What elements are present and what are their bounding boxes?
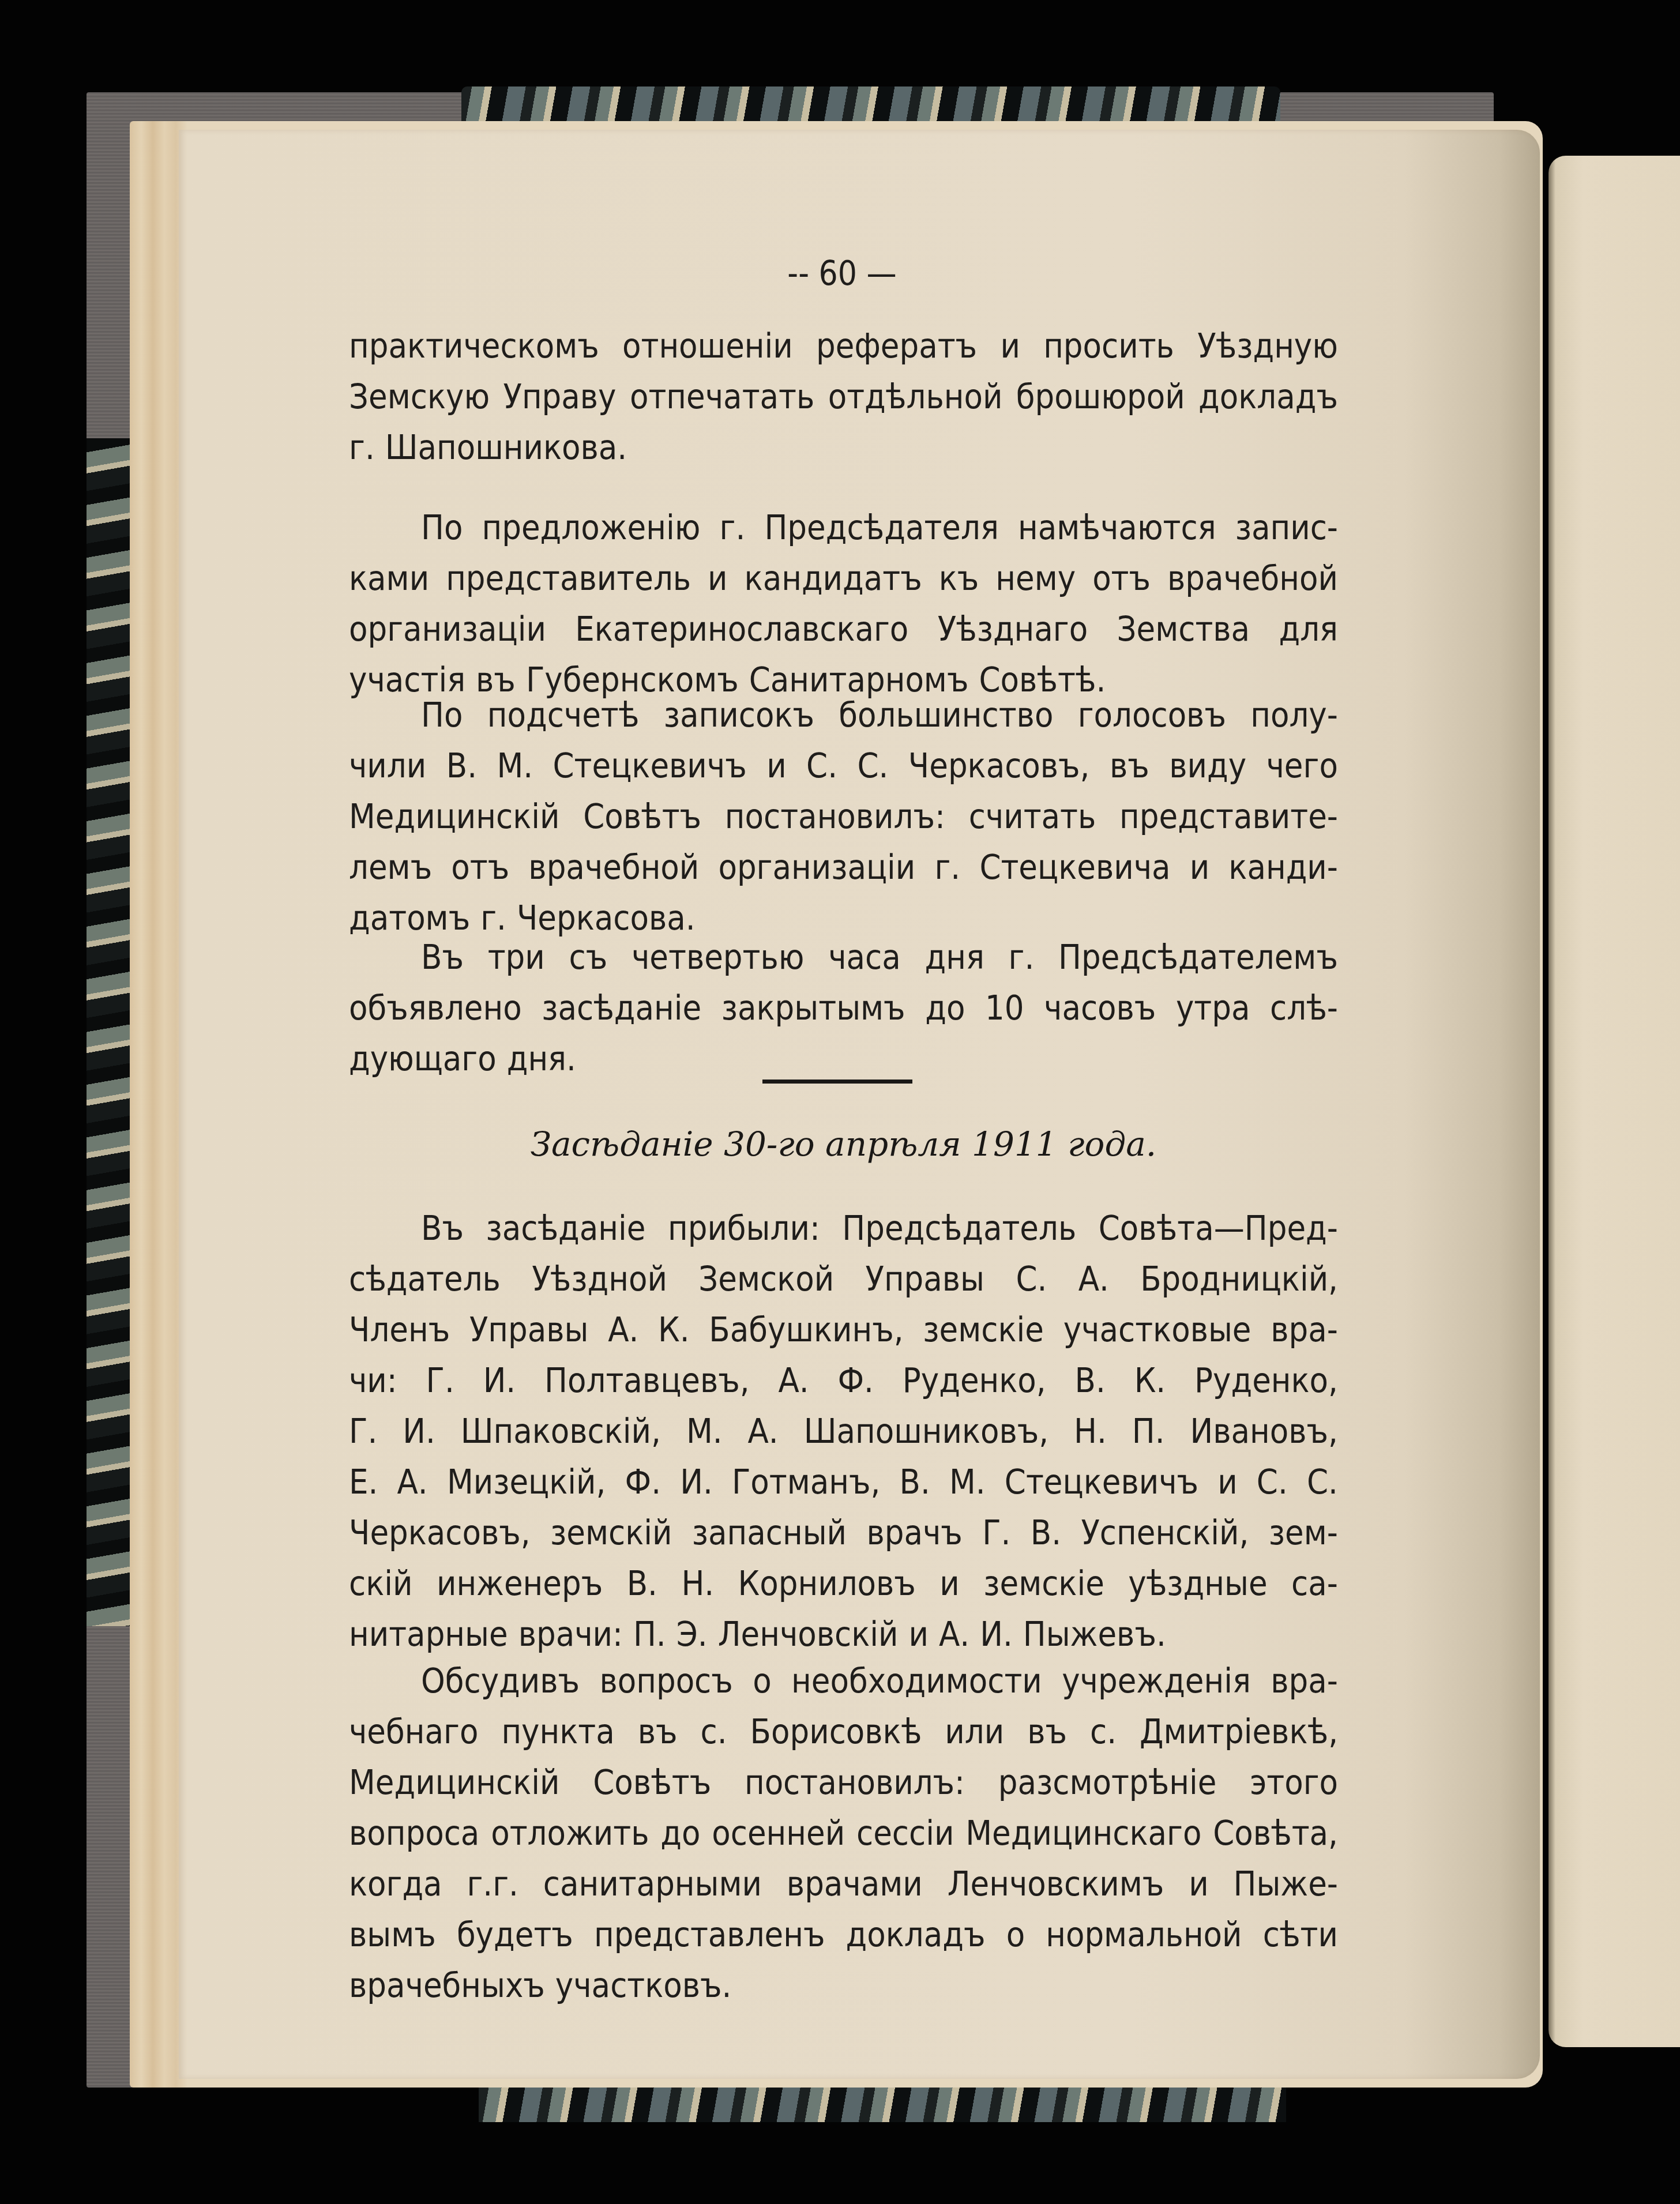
word: Э. — [676, 1614, 708, 1660]
word: представите- — [1119, 796, 1338, 843]
word: чего — [1266, 746, 1337, 792]
word: чили — [349, 746, 426, 792]
word: просить — [1043, 326, 1174, 372]
word: пункта — [501, 1712, 614, 1758]
word: уѣздные — [1128, 1563, 1267, 1609]
text-line: Поподсчетѣзаписокъбольшинствоголосовъпол… — [421, 695, 1338, 741]
word: Пыжевъ. — [1023, 1614, 1166, 1660]
word: представленъ — [594, 1915, 825, 1961]
word: Медицинскаго — [965, 1813, 1201, 1859]
word: С. — [857, 746, 888, 792]
word: Руденко, — [903, 1360, 1046, 1406]
word: подсчетѣ — [487, 695, 640, 741]
word: необходимости — [791, 1661, 1042, 1707]
word: Екатеринославскаго — [575, 609, 908, 655]
word: Дмитріевкѣ, — [1140, 1712, 1338, 1758]
word: Уѣзднаго — [938, 609, 1088, 655]
text-line: организаціиЕкатеринославскагоУѣзднагоЗем… — [349, 609, 1338, 655]
word: считать — [969, 796, 1096, 843]
word: дня — [925, 937, 984, 983]
section-divider — [762, 1080, 912, 1084]
word: Н. — [681, 1563, 714, 1609]
word: ками — [349, 558, 429, 604]
word: Ф. — [837, 1360, 874, 1406]
word: Шапошникова. — [385, 427, 627, 473]
word: организаціи — [718, 847, 915, 893]
word: Успенскій, — [1081, 1513, 1249, 1559]
word: Шпаковскій, — [461, 1411, 661, 1457]
word: практическомъ — [349, 326, 599, 372]
word: четвертью — [632, 937, 805, 983]
text-line: чилиВ.М.СтецкевичъиС.С.Черкасовъ,въвидуч… — [349, 746, 1338, 792]
word: Ивановъ, — [1190, 1411, 1338, 1457]
word: закрытымъ — [721, 988, 905, 1034]
word: инженеръ — [437, 1563, 603, 1609]
word: вымъ — [349, 1915, 436, 1961]
text-line: вымъбудетъпредставленъдокладъонормальной… — [349, 1915, 1338, 1961]
word: вра- — [1271, 1661, 1338, 1707]
word: М. — [686, 1411, 723, 1457]
word: И. — [980, 1614, 1013, 1660]
text-line: Вътрисъчетвертьючасадняг.Предсѣдателемъ — [421, 937, 1338, 983]
text-line: врачебныхъучастковъ. — [349, 1965, 1338, 2011]
word: С. — [1016, 1259, 1047, 1305]
word: Совѣта, — [1213, 1813, 1338, 1859]
word: вопроса — [349, 1813, 479, 1859]
word: этого — [1250, 1762, 1338, 1808]
word: врачебныхъ — [349, 1965, 545, 2011]
word: дня. — [507, 1039, 576, 1085]
word: Предсѣдателя — [764, 507, 999, 554]
word: Уѣздную — [1197, 326, 1338, 372]
word: г. — [1009, 937, 1035, 983]
word: въ — [1027, 1712, 1067, 1758]
word: будетъ — [457, 1915, 573, 1961]
word: въ — [1110, 746, 1149, 792]
word: постановилъ: — [725, 796, 945, 843]
word: и — [1000, 326, 1020, 372]
word: чи: — [349, 1360, 397, 1406]
word: Членъ — [349, 1310, 450, 1356]
word: о — [1006, 1915, 1025, 1961]
word: врачебной — [1167, 558, 1338, 604]
word: са- — [1291, 1563, 1338, 1609]
text-line: когдаг.г.санитарнымиврачамиЛенчовскимъиП… — [349, 1864, 1338, 1910]
text-line: Възасѣданіеприбыли:ПредсѣдательСовѣта—Пр… — [421, 1208, 1338, 1254]
word: организаціи — [349, 609, 546, 655]
word: участковъ. — [555, 1965, 732, 2011]
word: г. — [720, 507, 746, 554]
text-line: вопросаотложитьдоосеннейсессіиМедицинска… — [349, 1813, 1338, 1859]
word: до — [925, 988, 965, 1034]
word: К. — [658, 1310, 690, 1356]
word: И. — [483, 1360, 516, 1406]
word: Совѣтъ — [593, 1762, 711, 1808]
word: врачебной — [528, 847, 699, 893]
word: В. — [446, 746, 477, 792]
word: А. — [748, 1411, 779, 1457]
text-line: чи:Г.И.Полтавцевъ,А.Ф.Руденко,В.К.Руденк… — [349, 1360, 1338, 1406]
word: и — [1217, 1462, 1237, 1508]
word: Пыже- — [1234, 1864, 1339, 1910]
text-line: МедицинскійСовѣтъпостановилъ:разсмотрѣні… — [349, 1762, 1338, 1808]
word: Стецкевичъ — [553, 746, 747, 792]
word: сессіи — [856, 1813, 954, 1859]
word: голосовъ — [1078, 695, 1226, 741]
word: В. — [1075, 1360, 1106, 1406]
word: г. — [349, 427, 375, 473]
word: Въ — [421, 1208, 464, 1254]
marbled-endpaper-bottom — [479, 2085, 1286, 2122]
word: предложенію — [482, 507, 701, 554]
word: осенней — [712, 1813, 845, 1859]
word: Стецкевичъ — [1005, 1462, 1198, 1508]
word: Г. — [982, 1513, 1010, 1559]
word: врачъ — [866, 1513, 962, 1559]
word: По — [421, 507, 463, 554]
word: Черкасовъ, — [908, 746, 1090, 792]
word: А. — [778, 1360, 809, 1406]
word: Шапошниковъ, — [804, 1411, 1048, 1457]
word: или — [945, 1712, 1004, 1758]
word: и — [1190, 847, 1209, 893]
word: Совѣта—Пред- — [1099, 1208, 1338, 1254]
word: засѣданіе — [542, 988, 701, 1034]
word: В. — [627, 1563, 657, 1609]
word: съ — [569, 937, 608, 983]
word: отъ — [1092, 558, 1151, 604]
word: С. — [1257, 1462, 1288, 1508]
word: Управу — [503, 377, 617, 423]
word: Медицинскій — [349, 796, 559, 843]
word: часовъ — [1044, 988, 1156, 1034]
word: С. — [806, 746, 837, 792]
word: земскіе — [983, 1563, 1104, 1609]
marbled-endpaper-left — [87, 438, 130, 1626]
word: врачами — [787, 1864, 923, 1910]
word: и — [939, 1563, 959, 1609]
word: Предсѣдатель — [842, 1208, 1076, 1254]
word: нитарные — [349, 1614, 508, 1660]
word: сѣти — [1263, 1915, 1338, 1961]
word: Земства — [1117, 609, 1250, 655]
text-line: объявленозасѣданіезакрытымъдо10часовъутр… — [349, 988, 1338, 1034]
word: Полтавцевъ, — [544, 1360, 750, 1406]
word: объявлено — [349, 988, 522, 1034]
next-page-sliver — [1549, 156, 1680, 2047]
word: утра — [1176, 988, 1250, 1034]
word: В. — [900, 1462, 930, 1508]
word: Н. — [1074, 1411, 1107, 1457]
word: и — [766, 746, 786, 792]
word: засѣданіе — [486, 1208, 645, 1254]
word: Предсѣдателемъ — [1058, 937, 1338, 983]
word: Мизецкій, — [447, 1462, 606, 1508]
word: учрежденія — [1062, 1661, 1251, 1707]
word: Управы — [866, 1259, 985, 1305]
text-line: камипредставительикандидатъкънемуотъврач… — [349, 558, 1338, 604]
word: И. — [403, 1411, 435, 1457]
word: скій — [349, 1563, 412, 1609]
word: Е. — [349, 1462, 378, 1508]
word: разсмотрѣніе — [998, 1762, 1217, 1808]
text-line: Обсудивъвопросъонеобходимостиучрежденіяв… — [421, 1661, 1338, 1707]
word: сѣдатель — [349, 1259, 501, 1305]
word: Черкасовъ, — [349, 1513, 531, 1559]
word: М. — [949, 1462, 986, 1508]
word: 10 — [985, 988, 1024, 1034]
word: участковые — [1063, 1310, 1251, 1356]
text-line: Попредложеніюг.Предсѣдателянамѣчаютсязап… — [421, 507, 1338, 554]
word: зем- — [1269, 1513, 1338, 1559]
word: г. — [934, 847, 960, 893]
word: нему — [995, 558, 1076, 604]
text-line: Г.И.Шпаковскій,М.А.Шапошниковъ,Н.П.Ивано… — [349, 1411, 1338, 1457]
text-line: Черкасовъ,земскійзапасныйврачъГ.В.Успенс… — [349, 1513, 1338, 1559]
text-line: МедицинскійСовѣтъпостановилъ:считатьпред… — [349, 796, 1338, 843]
word: о — [753, 1661, 771, 1707]
text-line: г.Шапошникова. — [349, 427, 1338, 473]
word: Готманъ, — [732, 1462, 880, 1508]
word: земскіе — [923, 1310, 1044, 1356]
word: И. — [680, 1462, 713, 1508]
word: Ф. — [625, 1462, 662, 1508]
word: Ленчовскимъ — [948, 1864, 1164, 1910]
word: Стецкевича — [979, 847, 1170, 893]
word: большинство — [839, 695, 1053, 741]
word: Борисовкѣ — [750, 1712, 922, 1758]
word: с. — [1090, 1712, 1117, 1758]
word: канди- — [1228, 847, 1338, 893]
text-line: дующагодня. — [349, 1039, 1338, 1085]
word: Г. — [426, 1360, 454, 1406]
text-line: сѣдательУѣзднойЗемскойУправыС.А.Бродницк… — [349, 1259, 1338, 1305]
word: Г. — [349, 1411, 377, 1457]
word: Обсудивъ — [421, 1661, 580, 1707]
word: вопросъ — [599, 1661, 732, 1707]
word: отпечатать — [630, 377, 814, 423]
word: земскій — [550, 1513, 672, 1559]
section-title: Засѣданіе 30-го апрѣля 1911 года. — [349, 1124, 1338, 1164]
word: отношеніи — [622, 326, 793, 372]
word: отдѣльной — [828, 377, 1003, 423]
word: П. — [1132, 1411, 1165, 1457]
word: А. — [1078, 1259, 1109, 1305]
word: Ленчовскій — [718, 1614, 899, 1660]
word: С. — [1307, 1462, 1338, 1508]
word: къ — [939, 558, 979, 604]
word: для — [1279, 609, 1338, 655]
word: Земскую — [349, 377, 490, 423]
word: въ — [638, 1712, 678, 1758]
word: К. — [1134, 1360, 1166, 1406]
word: рефератъ — [816, 326, 977, 372]
word: Уѣздной — [532, 1259, 667, 1305]
word: намѣчаются — [1018, 507, 1216, 554]
word: три — [488, 937, 545, 983]
word: полу- — [1250, 695, 1338, 741]
text-line: ЧленъУправыА.К.Бабушкинъ,земскіеучастков… — [349, 1310, 1338, 1356]
word: часа — [828, 937, 901, 983]
word: П. — [633, 1614, 666, 1660]
word: докладъ — [846, 1915, 986, 1961]
word: записокъ — [664, 695, 814, 741]
word: и — [909, 1614, 929, 1660]
word: до — [660, 1813, 700, 1859]
word: представитель — [446, 558, 691, 604]
word: Управы — [469, 1310, 589, 1356]
word: Совѣтъ — [583, 796, 701, 843]
text-line: практическомъотношеніирефератъипроситьУѣ… — [349, 326, 1338, 372]
word: М. — [497, 746, 533, 792]
word: запис- — [1235, 507, 1338, 554]
word: врачи: — [518, 1614, 623, 1660]
word: Бродницкій, — [1140, 1259, 1338, 1305]
word: Корниловъ — [738, 1563, 916, 1609]
word: и — [708, 558, 727, 604]
word: нормальной — [1046, 1915, 1242, 1961]
word: Земской — [698, 1259, 834, 1305]
word: По — [421, 695, 463, 741]
word: А. — [397, 1462, 428, 1508]
word: дующаго — [349, 1039, 497, 1085]
word: и — [1189, 1864, 1208, 1910]
word: отъ — [451, 847, 509, 893]
text-line: нитарныеврачи:П.Э.ЛенчовскійиА.И.Пыжевъ. — [349, 1614, 1338, 1660]
word: А. — [608, 1310, 638, 1356]
text-line: Е.А.Мизецкій,Ф.И.Готманъ,В.М.Стецкевичъи… — [349, 1462, 1338, 1508]
word: санитарными — [543, 1864, 762, 1910]
word: постановилъ: — [745, 1762, 965, 1808]
text-line: чебнагопунктавъс.Борисовкѣиливъс.Дмитріе… — [349, 1712, 1338, 1758]
word: лемъ — [349, 847, 432, 893]
word: кандидатъ — [745, 558, 922, 604]
word: когда — [349, 1864, 442, 1910]
word: вра- — [1271, 1310, 1338, 1356]
word: Бабушкинъ, — [709, 1310, 903, 1356]
word: г.г. — [467, 1864, 518, 1910]
word: чебнаго — [349, 1712, 478, 1758]
word: слѣ- — [1270, 988, 1338, 1034]
word: докладъ — [1198, 377, 1338, 423]
word: брошюрой — [1016, 377, 1185, 423]
word: Медицинскій — [349, 1762, 559, 1808]
word: В. — [1031, 1513, 1061, 1559]
word: Руденко, — [1194, 1360, 1338, 1406]
text-line: скійинженеръВ.Н.Корниловъиземскіеуѣздные… — [349, 1563, 1338, 1609]
word: прибыли: — [668, 1208, 820, 1254]
word: виду — [1169, 746, 1246, 792]
word: запасный — [692, 1513, 847, 1559]
word: с. — [701, 1712, 727, 1758]
text-line: ЗемскуюУправуотпечататьотдѣльнойброшюрой… — [349, 377, 1338, 423]
page-number: -- 60 — — [756, 254, 929, 293]
word: А. — [939, 1614, 969, 1660]
word: Въ — [421, 937, 464, 983]
text-line: лемъотъврачебнойорганизаціиг.Стецкевичаи… — [349, 847, 1338, 893]
word: отложить — [491, 1813, 649, 1859]
